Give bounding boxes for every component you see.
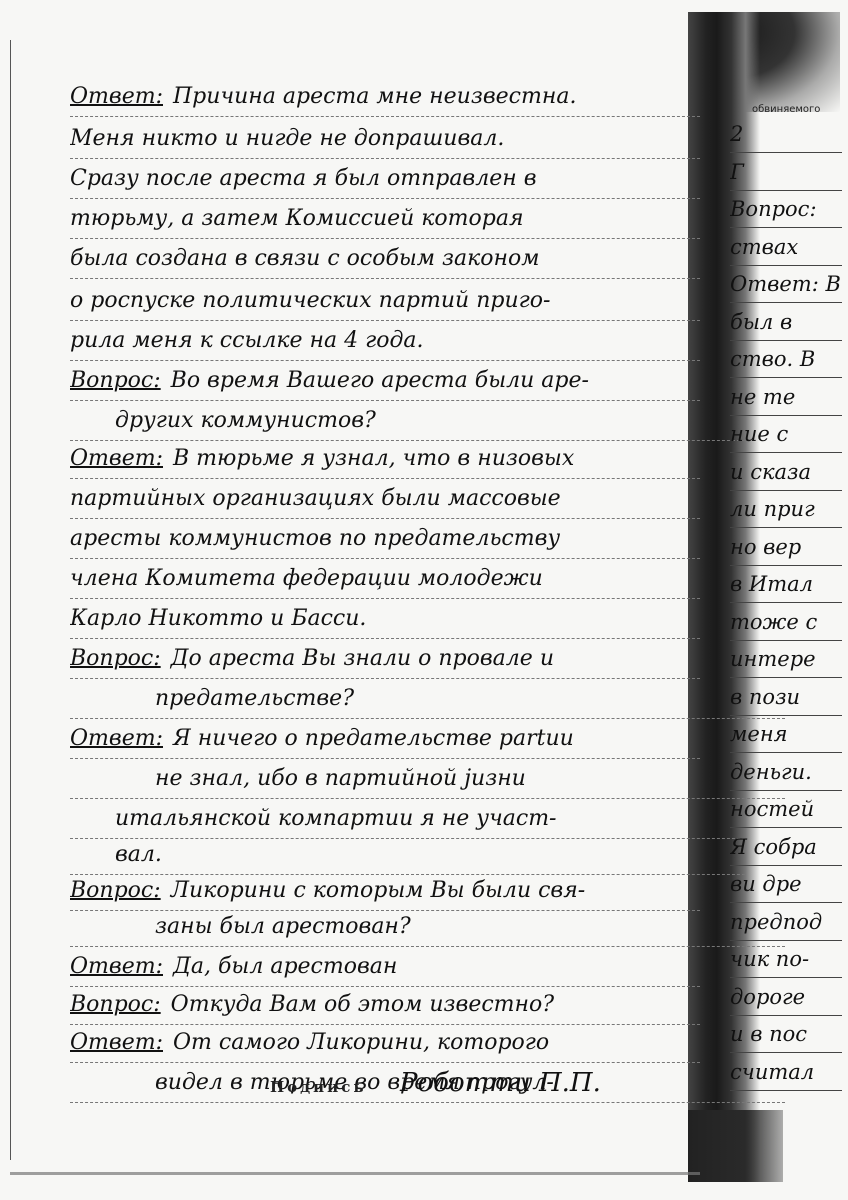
line-label: Вопрос:: [70, 878, 161, 903]
right-page-fragment: был в: [730, 304, 842, 341]
right-page-fragment: предпод: [730, 904, 842, 941]
right-page-header-fragment: обвиняемого: [752, 104, 820, 115]
line-text: Откуда Вам об этом известно?: [171, 992, 554, 1017]
line-text: о роспуске политических партий приго-: [70, 288, 550, 313]
handwritten-line: вал.: [70, 836, 745, 875]
handwritten-line: тюрьму, а затем Комиссией которая: [70, 200, 700, 239]
line-label: Ответ:: [70, 446, 163, 471]
line-text: Да, был арестован: [173, 954, 397, 979]
line-label: Вопрос:: [70, 368, 161, 393]
line-text: рила меня к ссылке на 4 года.: [70, 328, 424, 353]
line-text: Сразу после ареста я был отправлен в: [70, 166, 537, 191]
right-page-fragment: ви дре: [730, 866, 842, 903]
line-text: аресты коммунистов по предательству: [70, 526, 560, 551]
right-page-fragment: Г: [730, 154, 842, 191]
line-text: предательстве?: [155, 686, 354, 711]
handwritten-line: Вопрос:Откуда Вам об этом известно?: [70, 986, 700, 1025]
right-page-fragment: ние с: [730, 416, 842, 453]
line-text: Причина ареста мне неизвестна.: [173, 84, 576, 109]
handwritten-line: Вопрос:Во время Вашего ареста были аре-: [70, 362, 700, 401]
right-page-fragment: и в пос: [730, 1016, 842, 1053]
line-text: других коммунистов?: [115, 408, 376, 433]
handwritten-line: партийных организациях были массовые: [70, 480, 700, 519]
right-page-fragment: дороге: [730, 979, 842, 1016]
line-label: Вопрос:: [70, 646, 161, 671]
handwritten-line: не знал, ибо в партийной jизни: [70, 760, 785, 799]
line-text: От самого Ликорини, которого: [173, 1030, 549, 1055]
line-text: До ареста Вы знали о провале и: [171, 646, 554, 671]
handwritten-line: Ответ:Да, был арестован: [70, 948, 700, 987]
signature-label: Подпись: [270, 1078, 367, 1096]
right-page-fragment: Ответ: В д: [730, 266, 842, 303]
handwritten-line: Ответ:Я ничего о предательстве partии: [70, 720, 700, 759]
line-text: не знал, ибо в партийной jизни: [155, 766, 526, 791]
line-text: Я ничего о предательстве partии: [173, 726, 574, 751]
right-page-fragment: деньги.: [730, 754, 842, 791]
handwritten-line: Сразу после ареста я был отправлен в: [70, 160, 700, 199]
right-page-fragment: 2: [730, 116, 842, 153]
right-page-fragment: в Итал: [730, 566, 842, 603]
right-page-fragment: ли приг: [730, 491, 842, 528]
right-page-fragment: в пози: [730, 679, 842, 716]
right-page-fragment: ностей: [730, 791, 842, 828]
line-text: Карло Никотто и Басси.: [70, 606, 366, 631]
line-label: Ответ:: [70, 726, 163, 751]
handwritten-line: Вопрос:До ареста Вы знали о провале и: [70, 640, 700, 679]
signature: Роботти П.П.: [400, 1068, 601, 1098]
right-page-fragment: ство. В: [730, 341, 842, 378]
handwritten-line: рила меня к ссылке на 4 года.: [70, 322, 700, 361]
line-label: Ответ:: [70, 84, 163, 109]
line-text: тюрьму, а затем Комиссией которая: [70, 206, 524, 231]
right-page-fragment: меня: [730, 716, 842, 753]
document-page: Ответ:Причина ареста мне неизвестна.Меня…: [0, 0, 848, 1200]
line-label: Ответ:: [70, 1030, 163, 1055]
line-text: была создана в связи с особым законом: [70, 246, 540, 271]
handwritten-line: Вопрос:Ликорини с которым Вы были свя-: [70, 872, 700, 911]
handwritten-line: заны был арестован?: [70, 908, 785, 947]
right-page-fragment: Вопрос:: [730, 191, 842, 228]
line-text: Ликорини с которым Вы были свя-: [171, 878, 586, 903]
right-page-fragment: интере: [730, 641, 842, 678]
line-text: члена Комитета федерации молодежи: [70, 566, 543, 591]
handwritten-line: о роспуске политических партий приго-: [70, 282, 700, 321]
handwritten-line: предательстве?: [70, 680, 785, 719]
right-page-fragment: и сказа: [730, 454, 842, 491]
line-text: партийных организациях были массовые: [70, 486, 561, 511]
line-text: итальянской компартии я не участ-: [115, 806, 556, 831]
line-label: Вопрос:: [70, 992, 161, 1017]
line-text: Во время Вашего ареста были аре-: [171, 368, 589, 393]
handwritten-line: Меня никто и нигде не допрашивал.: [70, 120, 700, 159]
line-text: Меня никто и нигде не допрашивал.: [70, 126, 504, 151]
binding-shadow-bottom: [688, 1110, 783, 1182]
page-border: [10, 40, 11, 1160]
right-page-fragment: считал: [730, 1054, 842, 1091]
right-page-fragment: ствах: [730, 229, 842, 266]
line-text: В тюрьме я узнал, что в низовых: [173, 446, 574, 471]
handwritten-line: других коммунистов?: [70, 402, 745, 441]
line-text: вал.: [115, 842, 162, 867]
line-text: заны был арестован?: [155, 914, 411, 939]
bottom-rule: [10, 1172, 700, 1175]
handwritten-line: Ответ:От самого Ликорини, которого: [70, 1024, 700, 1063]
handwritten-line: итальянской компартии я не участ-: [70, 800, 745, 839]
right-page-fragment: чик по-: [730, 941, 842, 978]
handwritten-line: Карло Никотто и Басси.: [70, 600, 700, 639]
right-page-fragment: но вер: [730, 529, 842, 566]
handwritten-line: аресты коммунистов по предательству: [70, 520, 700, 559]
handwritten-line: Ответ:Причина ареста мне неизвестна.: [70, 78, 700, 117]
line-label: Ответ:: [70, 954, 163, 979]
right-page-fragment: тоже с: [730, 604, 842, 641]
handwritten-line: Ответ:В тюрьме я узнал, что в низовых: [70, 440, 700, 479]
right-page-fragment: Я собра: [730, 829, 842, 866]
right-page-fragment: не те: [730, 379, 842, 416]
handwritten-line: члена Комитета федерации молодежи: [70, 560, 700, 599]
handwritten-line: была создана в связи с особым законом: [70, 240, 700, 279]
